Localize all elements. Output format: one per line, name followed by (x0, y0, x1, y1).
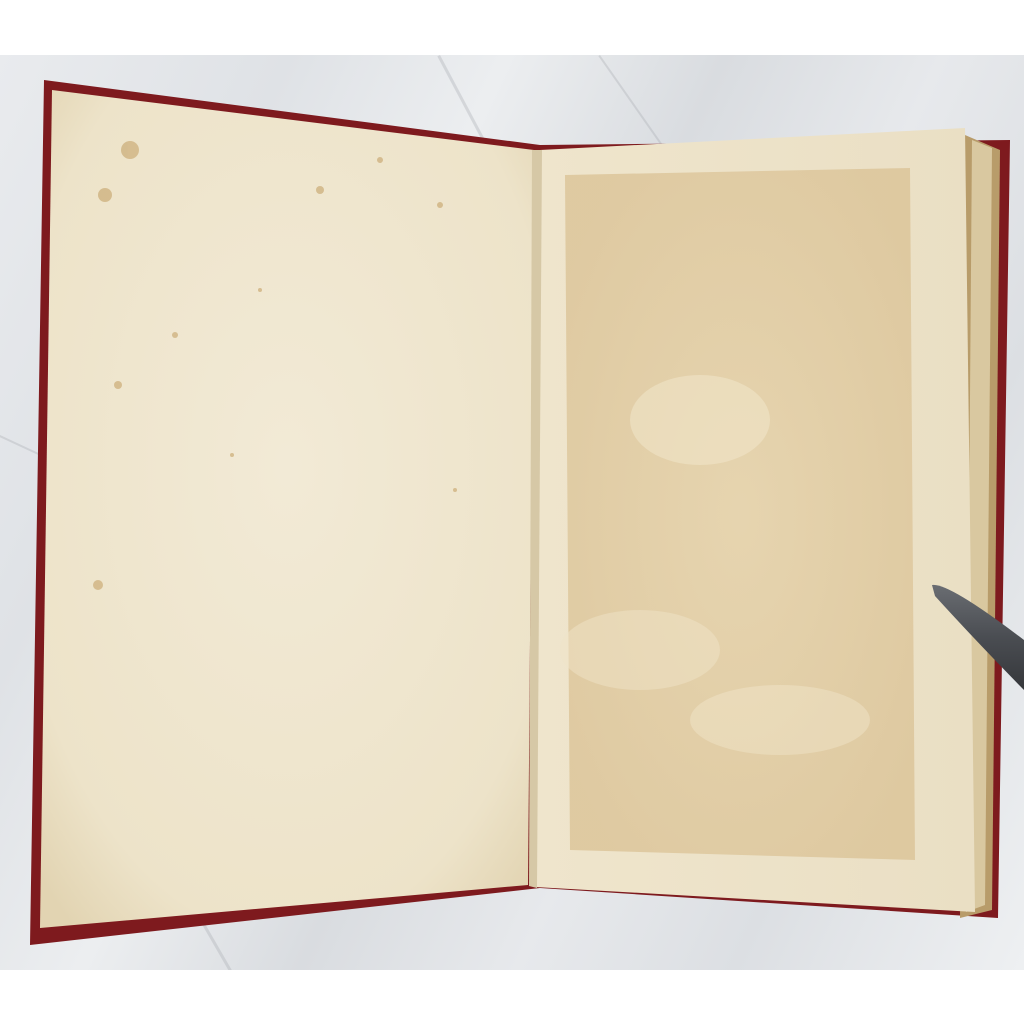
open-book (0, 55, 1024, 970)
left-endpaper (40, 90, 534, 928)
frontispiece-show-through (565, 168, 915, 860)
photo-area (0, 55, 1024, 970)
